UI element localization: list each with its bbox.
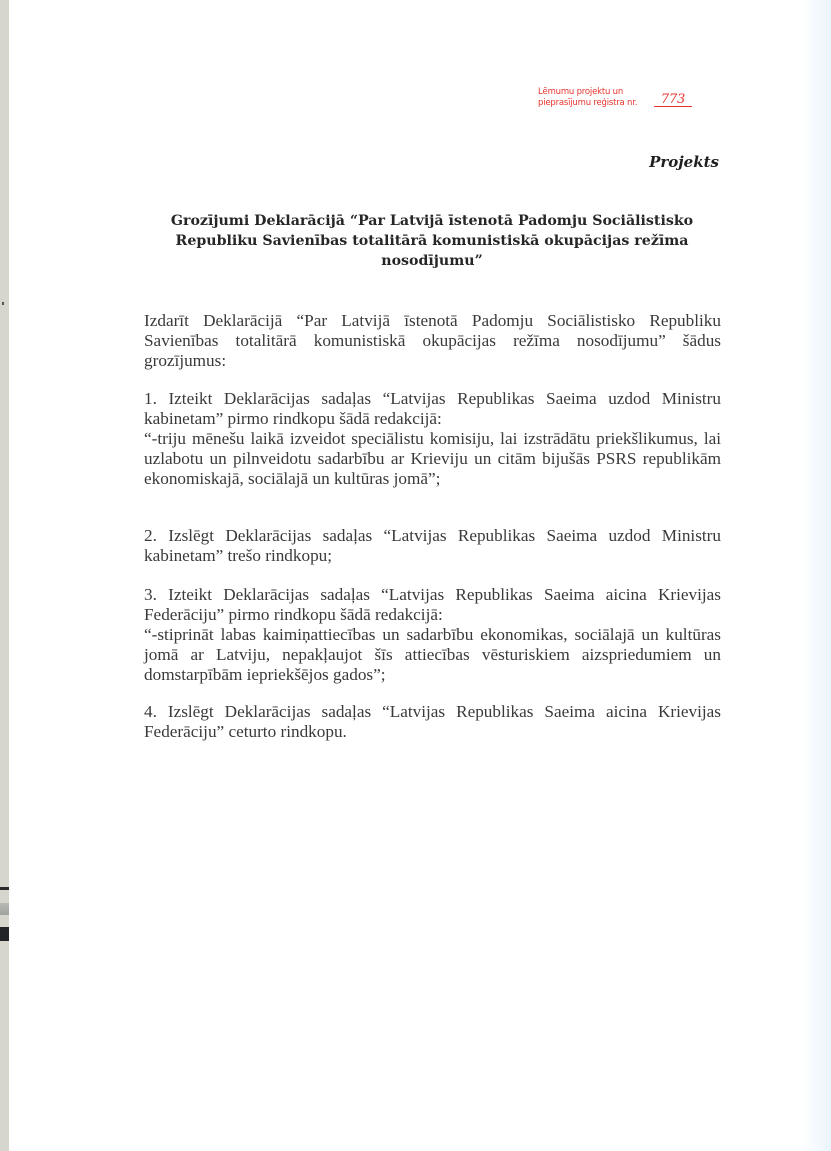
amendment-text: 2. Izslēgt Deklarācijas sadaļas “Latvija… xyxy=(144,526,721,566)
scan-edge-mark xyxy=(0,903,9,915)
amendment-text: 3. Izteikt Deklarācijas sadaļas “Latvija… xyxy=(144,585,721,625)
document-label: Projekts xyxy=(649,153,719,171)
scan-tint xyxy=(801,0,831,1151)
stamp-line-2: pieprasījumu reģistra nr. xyxy=(538,98,637,109)
amendment-item-4: 4. Izslēgt Deklarācijas sadaļas “Latvija… xyxy=(144,702,721,742)
registry-stamp: Lēmumu projektu un pieprasījumu reģistra… xyxy=(538,87,637,109)
amendment-text: 1. Izteikt Deklarācijas sadaļas “Latvija… xyxy=(144,389,721,429)
scan-edge-mark xyxy=(0,927,9,941)
amendment-quote: “-triju mēnešu laikā izveidot speciālist… xyxy=(144,429,721,489)
scan-edge-strip xyxy=(0,0,9,1151)
amendment-item-1: 1. Izteikt Deklarācijas sadaļas “Latvija… xyxy=(144,389,721,489)
scan-speck xyxy=(2,302,4,305)
scan-edge-mark xyxy=(0,887,9,890)
intro-paragraph: Izdarīt Deklarācijā “Par Latvijā īstenot… xyxy=(144,311,721,371)
amendment-item-3: 3. Izteikt Deklarācijas sadaļas “Latvija… xyxy=(144,585,721,685)
stamp-line-1: Lēmumu projektu un xyxy=(538,87,637,98)
document-title: Grozījumi Deklarācijā “Par Latvijā īsten… xyxy=(143,211,721,271)
stamp-registry-number: 773 xyxy=(654,93,692,107)
amendment-quote: “-stiprināt labas kaimiņattiecības un sa… xyxy=(144,625,721,685)
amendment-item-2: 2. Izslēgt Deklarācijas sadaļas “Latvija… xyxy=(144,526,721,566)
amendment-text: 4. Izslēgt Deklarācijas sadaļas “Latvija… xyxy=(144,702,721,742)
